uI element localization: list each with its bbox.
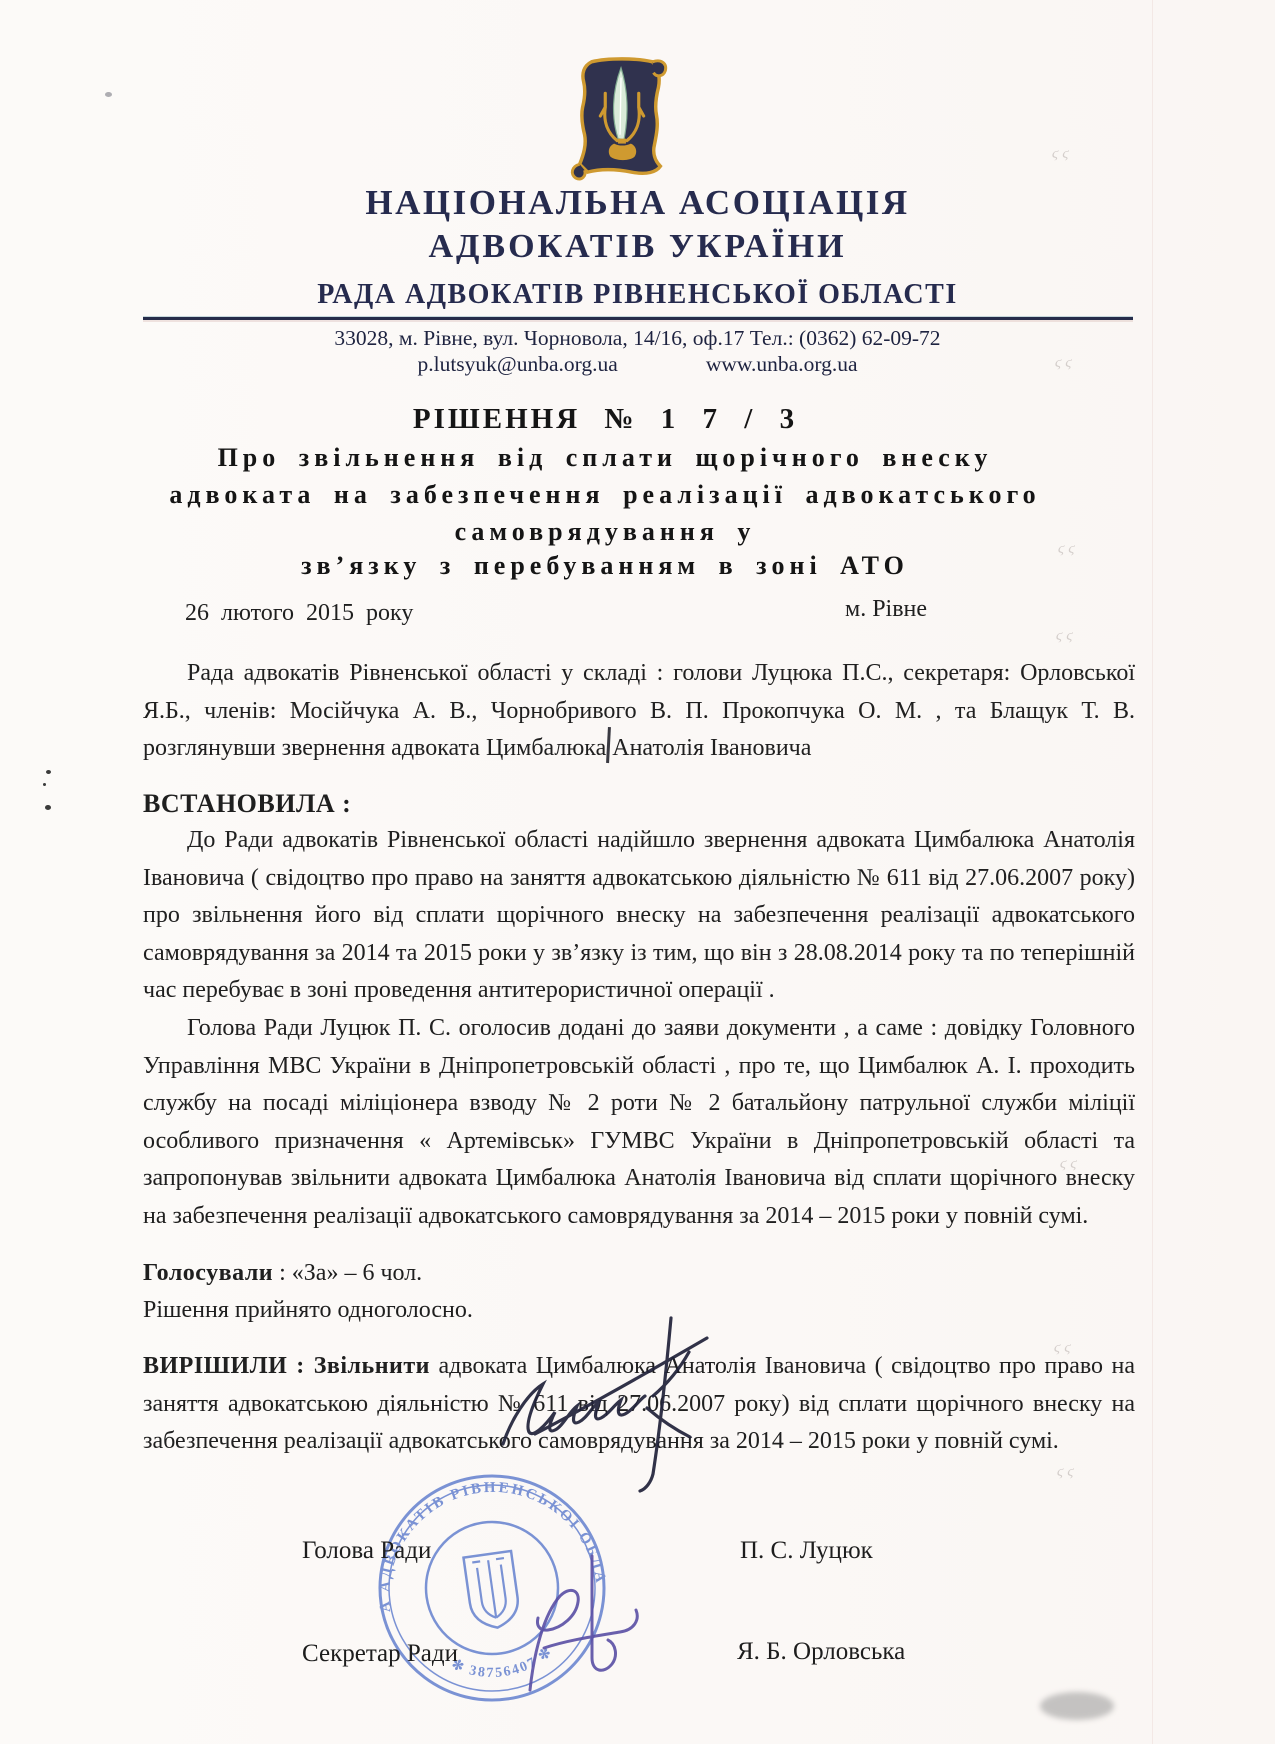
voting-result: : «За» – 6 чол.: [273, 1260, 422, 1286]
established-paragraph-2: Голова Ради Луцюк П. С. оголосив додані …: [143, 1010, 1135, 1235]
intro-paragraph: Рада адвокатів Рівненської області у скл…: [143, 655, 1135, 768]
decision-subject-line4: зв’язку з перебуванням в зоні АТО: [0, 551, 1210, 581]
resolved-keyword: Звільнити: [314, 1353, 430, 1379]
scan-artifact: ϛ ϛ: [1055, 355, 1072, 372]
org-name-line2: АДВОКАТІВ УКРАЇНИ: [0, 228, 1275, 266]
decision-number-title: РІШЕННЯ № 1 7 / 3: [0, 403, 1210, 436]
ink-speck: [45, 805, 51, 810]
scan-artifact: ϛ ϛ: [1057, 1464, 1074, 1481]
scan-artifact: ϛ ϛ: [1056, 628, 1073, 645]
decision-place: м. Рівне: [845, 596, 927, 623]
scan-fold-line: [1152, 0, 1153, 1744]
ink-speck: [46, 770, 51, 774]
ink-speck: [43, 783, 46, 786]
signature-icon: [475, 1312, 775, 1497]
scan-smudge: [1040, 1692, 1114, 1720]
scan-artifact: ϛ ϛ: [1054, 1340, 1071, 1357]
scroll-quill-emblem: [558, 50, 686, 183]
org-email: p.lutsyuk@unba.org.ua: [417, 352, 617, 376]
voting-result-line: Голосували : «За» – 6 чол.: [143, 1260, 422, 1287]
org-website: www.unba.org.ua: [706, 352, 858, 376]
decision-subject-line1: Про звільнення від сплати щорічного внес…: [0, 443, 1210, 473]
scan-artifact: ϛ ϛ: [1058, 541, 1075, 558]
header-divider: [143, 317, 1133, 320]
scan-artifact: ϛ ϛ: [1052, 146, 1069, 163]
org-name-line3: РАДА АДВОКАТІВ РІВНЕНСЬКОЇ ОБЛАСТІ: [0, 279, 1275, 311]
signature-icon: [492, 1540, 682, 1700]
scan-artifact: ϛ ϛ: [1060, 1156, 1077, 1173]
emblem-icon: [558, 50, 686, 183]
voting-label: Голосували: [143, 1260, 273, 1286]
decision-date: 26 лютого 2015 року: [185, 600, 413, 627]
chairman-name: П. С. Луцюк: [740, 1537, 873, 1565]
org-name-line1: НАЦІОНАЛЬНА АСОЦІАЦІЯ: [0, 183, 1275, 223]
voting-note: Рішення прийнято одноголосно.: [143, 1297, 473, 1324]
scan-speck: [105, 92, 112, 97]
secretary-title: Секретар Ради: [302, 1640, 458, 1668]
established-heading: ВСТАНОВИЛА :: [143, 789, 351, 819]
chairman-title: Голова Ради: [302, 1537, 431, 1565]
secretary-signature-ink: [492, 1540, 682, 1700]
org-contacts: p.lutsyuk@unba.org.uawww.unba.org.ua: [0, 352, 1275, 377]
decision-subject-line2: адвоката на забезпечення реалізації адво…: [0, 480, 1210, 510]
org-address: 33028, м. Рівне, вул. Чорновола, 14/16, …: [0, 326, 1275, 351]
established-paragraph-1: До Ради адвокатів Рівненської області на…: [143, 822, 1135, 1010]
resolved-label: ВИРІШИЛИ :: [143, 1353, 314, 1379]
chairman-signature-ink: [475, 1312, 775, 1497]
decision-subject-line3: самоврядування у: [0, 517, 1210, 547]
scanned-decision-document: НАЦІОНАЛЬНА АСОЦІАЦІЯ АДВОКАТІВ УКРАЇНИ …: [0, 0, 1275, 1744]
secretary-name: Я. Б. Орловська: [737, 1638, 905, 1666]
